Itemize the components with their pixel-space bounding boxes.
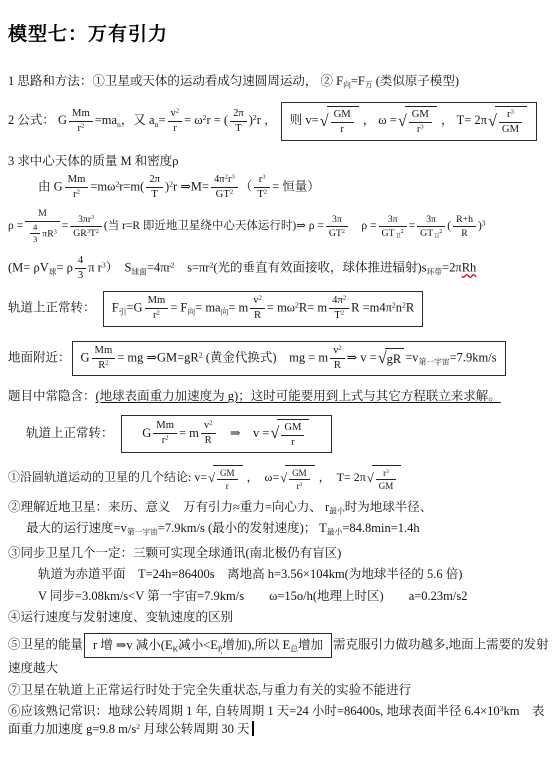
denominator: GM bbox=[376, 480, 397, 491]
denominator: r bbox=[281, 436, 304, 449]
line-mass-density-header: 3 求中心天体的质量 M 和密度ρ bbox=[8, 153, 552, 171]
radicand: GMr bbox=[327, 106, 359, 136]
fraction: GMr3 bbox=[289, 468, 310, 492]
superscript: 2 bbox=[169, 180, 173, 189]
numerator: R+h bbox=[453, 214, 476, 227]
square-root: √GMr bbox=[320, 106, 359, 136]
fraction: 3πGT2 bbox=[326, 214, 348, 239]
line-volume-area: (M= ρV球= ρ43π r3） S球面=4πr2 s=πr2(光的垂直有效面… bbox=[8, 255, 552, 282]
superscript: 2 bbox=[230, 189, 233, 196]
numerator: 3πr3 bbox=[70, 214, 102, 227]
numerator: Mm bbox=[92, 345, 116, 359]
denominator: r2 bbox=[69, 122, 93, 135]
superscript: 2 bbox=[171, 261, 175, 270]
line-density: ρ =M43πR3=3πr3GR3T2(当 r=R 即近地卫星绕中心天体运行时)… bbox=[8, 208, 552, 244]
fraction: MmR2 bbox=[92, 345, 116, 372]
superscript: 2 bbox=[338, 344, 341, 351]
numerator: v2 bbox=[330, 345, 345, 359]
superscript: 3 bbox=[386, 469, 389, 475]
numerator: GM bbox=[289, 468, 310, 480]
numerator: 4π2r3 bbox=[211, 174, 238, 188]
numerator: r3 bbox=[376, 468, 397, 480]
fraction: R+hR bbox=[453, 214, 476, 239]
subscript: 球 bbox=[49, 267, 57, 276]
page-title: 模型七：万有引力 bbox=[8, 22, 552, 49]
superscript: 2 bbox=[115, 180, 119, 189]
numerator: GM bbox=[409, 109, 432, 123]
superscript: 3 bbox=[511, 109, 514, 116]
fraction: v2R bbox=[250, 295, 265, 322]
superscript: 2 bbox=[136, 722, 140, 731]
underlined-text: (地球表面重力加速度为 g)；这时可能要用到上式与其它方程联立来求解。 bbox=[96, 389, 501, 403]
subscript: 环带 bbox=[427, 267, 443, 276]
superscript: 2 bbox=[259, 295, 262, 302]
fraction: GMr bbox=[331, 109, 354, 136]
fraction: Mmr2 bbox=[65, 174, 89, 201]
subscript: 第一宇宙 bbox=[127, 528, 158, 537]
superscript: 3 bbox=[300, 483, 303, 489]
spellcheck-wavy-underline: P bbox=[218, 638, 222, 652]
spellcheck-wavy-underline: Rh bbox=[462, 260, 477, 274]
denominator: T bbox=[146, 188, 163, 201]
numerator: GM bbox=[281, 422, 304, 436]
line-derive-mass: 由 GMmr2=mω2r=m(2πT)2r ⇒M=4π2r3GT2（r3T2= … bbox=[38, 174, 552, 201]
ground-formula-box: GMmR2= mg ⇒GM=gR2 (黄金代换式) mg = mv2R⇒ v =… bbox=[72, 341, 506, 376]
denominator: R bbox=[250, 309, 265, 322]
superscript: 2 bbox=[209, 261, 213, 270]
denominator: r3 bbox=[289, 480, 310, 491]
line-hidden-hint: 题目中常隐含：(地球表面重力加速度为 g)；这时可能要用到上式与其它方程联立来求… bbox=[8, 388, 552, 406]
subscript: 万 bbox=[365, 80, 373, 89]
denominator: R2 bbox=[92, 359, 116, 372]
denominator: GT2 bbox=[211, 188, 238, 201]
numerator: r3 bbox=[254, 174, 270, 188]
fraction: 4π2r3GT2 bbox=[211, 174, 238, 201]
subscript: P bbox=[218, 644, 222, 653]
superscript: 2 bbox=[439, 229, 442, 235]
radicand: GMr bbox=[213, 465, 243, 492]
superscript: 2 bbox=[165, 435, 168, 442]
numerator: 3π bbox=[326, 214, 348, 227]
radicand: GMr3 bbox=[285, 465, 315, 492]
superscript: 2 bbox=[392, 301, 396, 310]
superscript: 3 bbox=[102, 261, 106, 270]
radicand: r3GM bbox=[495, 106, 527, 136]
denominator: GT2 bbox=[326, 227, 348, 239]
superscript: 2 bbox=[96, 229, 99, 235]
orbit2-formula-box: GMmr2= mv2R ⇒ v =√GMr bbox=[121, 415, 332, 453]
superscript: 2 bbox=[341, 310, 344, 317]
square-root: √GMr bbox=[208, 465, 242, 492]
line-near-satellite-1: ②理解近地卫星：来历、意义 万有引力≈重力=向心力、 r最小时为地球半径、 bbox=[8, 499, 552, 517]
denominator: T bbox=[230, 122, 247, 135]
denominator: r bbox=[168, 122, 183, 135]
denominator: R bbox=[330, 359, 345, 372]
fraction: v2R bbox=[201, 420, 216, 447]
superscript: 3 bbox=[500, 704, 504, 713]
line-weightlessness: ⑦卫星在轨道上正常运行时处于完全失重状态,与重力有关的实验不能进行 bbox=[8, 682, 552, 700]
line-orbit-normal-2: 轨道上正常转： GMmr2= mv2R ⇒ v =√GMr bbox=[26, 413, 552, 455]
fraction: v2R bbox=[330, 345, 345, 372]
numerator: 2π bbox=[230, 108, 247, 122]
radicand: GMr bbox=[277, 419, 309, 449]
numerator: v2 bbox=[201, 420, 216, 434]
line-orbit-normal-1: 轨道上正常转： F引=GMmr2= F向= ma向= mv2R= mω2R= m… bbox=[8, 289, 552, 328]
radicand: GMr3 bbox=[405, 106, 437, 136]
superscript: 2 bbox=[209, 420, 212, 427]
fraction: r3GM bbox=[499, 109, 522, 136]
superscript: 3 bbox=[232, 174, 235, 181]
subscript: 向 bbox=[187, 308, 195, 317]
fraction: 4π2T2 bbox=[329, 295, 349, 322]
square-root: √r3GM bbox=[367, 465, 401, 492]
square-root: √GMr3 bbox=[398, 106, 437, 136]
denominator: GT卫2 bbox=[417, 227, 445, 239]
text-cursor bbox=[252, 721, 254, 736]
subscript: 卫 bbox=[395, 234, 401, 240]
denominator: T2 bbox=[329, 309, 349, 322]
superscript: 2 bbox=[157, 310, 160, 317]
denominator: r2 bbox=[145, 309, 169, 322]
numerator: Mm bbox=[69, 108, 93, 122]
radicand: gR bbox=[385, 348, 405, 369]
fraction: r3T2 bbox=[254, 174, 270, 201]
numerator: 4 bbox=[30, 223, 40, 235]
superscript: 3 bbox=[482, 220, 486, 228]
numerator: Mm bbox=[145, 295, 169, 309]
subscript: 向 bbox=[221, 308, 229, 317]
denominator: 3 bbox=[75, 269, 86, 282]
denominator: GT卫2 bbox=[379, 227, 407, 239]
fraction: 43 bbox=[75, 255, 86, 282]
denominator: r bbox=[331, 123, 354, 136]
denominator: GM bbox=[499, 123, 522, 136]
fraction: 3πr3GR3T2 bbox=[70, 214, 102, 239]
square-root: √r3GM bbox=[488, 106, 527, 136]
key-formula-box: 则 v=√GMr ， ω =√GMr3 ， T= 2π√r3GM bbox=[281, 102, 537, 140]
line-formula-set: 2 公式： GMmr2=man，又 an=v2r= ω2r = (2πT)2r … bbox=[8, 100, 552, 142]
square-root: √GMr bbox=[270, 419, 309, 449]
numerator: 4π2 bbox=[329, 295, 349, 309]
numerator: v2 bbox=[250, 295, 265, 309]
square-root: √gR bbox=[378, 347, 405, 370]
superscript: 2 bbox=[264, 189, 267, 196]
denominator: r2 bbox=[153, 434, 177, 447]
line-near-satellite-2: 最大的运行速度=v第一宇宙=7.9km/s (最小的发射速度)； T最小=84.… bbox=[26, 520, 552, 538]
subscript: n bbox=[155, 120, 159, 129]
denominator: r3 bbox=[409, 123, 432, 136]
subscript: 球面 bbox=[131, 267, 147, 276]
denominator: r2 bbox=[65, 188, 89, 201]
fraction: 2πT bbox=[146, 174, 163, 201]
superscript: 3 bbox=[262, 174, 265, 181]
superscript: 2 bbox=[342, 229, 345, 235]
superscript: 2 bbox=[343, 295, 346, 302]
fraction: 3πGT卫2 bbox=[417, 214, 445, 239]
numerator: 2π bbox=[146, 174, 163, 188]
fraction: GMr bbox=[217, 468, 238, 492]
fraction: GMr3 bbox=[409, 109, 432, 136]
superscript: 3 bbox=[54, 229, 57, 235]
numerator: GM bbox=[331, 109, 354, 123]
subscript: 最小 bbox=[327, 528, 343, 537]
fraction: GMr bbox=[281, 422, 304, 449]
superscript: 2 bbox=[199, 350, 203, 359]
denominator: 3 bbox=[30, 234, 40, 245]
fraction: 2πT bbox=[230, 108, 247, 135]
subscript: 第一宇宙 bbox=[419, 357, 450, 366]
line-near-ground: 地面附近：GMmR2= mg ⇒GM=gR2 (黄金代换式) mg = mv2R… bbox=[8, 339, 552, 378]
denominator: R bbox=[453, 227, 476, 239]
subscript: 总 bbox=[290, 644, 298, 653]
orbit-formula-box: F引=GMmr2= F向= ma向= mv2R= mω2R= m4π2T2R =… bbox=[103, 291, 423, 326]
superscript: 2 bbox=[401, 229, 404, 235]
line-sync-satellite-2: 轨道为赤道平面 T=24h=86400s 离地高 h=3.56×104km(为地… bbox=[38, 566, 552, 584]
line-sync-satellite-3: V 同步=3.08km/s<V 第一宇宙=7.9km/s ω=15o/h(地理上… bbox=[38, 588, 552, 606]
line-conclusion-1: ①沿圆轨道运动的卫星的几个结论: v=√GMr ， ω=√GMr3 ， T= 2… bbox=[8, 465, 552, 492]
superscript: 2 bbox=[176, 107, 179, 114]
superscript: 2 bbox=[81, 123, 84, 130]
subscript: 引 bbox=[119, 308, 127, 317]
fraction: 43 bbox=[30, 223, 40, 245]
superscript: 2 bbox=[253, 113, 257, 122]
superscript: 3 bbox=[420, 124, 423, 131]
line-speed-difference: ④运行速度与发射速度、变轨速度的区别 bbox=[8, 609, 552, 627]
numerator: 3π bbox=[417, 214, 445, 227]
denominator: T2 bbox=[254, 188, 270, 201]
superscript: 2 bbox=[225, 174, 228, 181]
radicand: r3GM bbox=[372, 465, 402, 492]
energy-box: r 增 ⇒v 减小(EK减小<EP增加),所以 E总增加 bbox=[84, 633, 332, 659]
superscript: 2 bbox=[295, 301, 299, 310]
denominator: GR3T2 bbox=[70, 227, 102, 239]
numerator: Mm bbox=[65, 174, 89, 188]
numerator: 3π bbox=[379, 214, 407, 227]
document-page: 模型七：万有引力 1 思路和方法：①卫星或天体的运动看成匀速圆周运动， ② F向… bbox=[0, 0, 558, 766]
numerator: v2 bbox=[168, 108, 183, 122]
numerator: GM bbox=[217, 468, 238, 480]
fraction: v2r bbox=[168, 108, 183, 135]
line-common-sense: ⑥应该熟记常识：地球公转周期 1 年, 自转周期 1 天=24 小时=86400… bbox=[8, 703, 552, 738]
line-approach: 1 思路和方法：①卫星或天体的运动看成匀速圆周运动， ② F向=F万 (类似原子… bbox=[8, 73, 552, 91]
denominator: R bbox=[201, 434, 216, 447]
numerator: Mm bbox=[153, 420, 177, 434]
fraction: Mmr2 bbox=[69, 108, 93, 135]
subscript: 向 bbox=[343, 80, 351, 89]
square-root: √GMr3 bbox=[280, 465, 314, 492]
numerator: r3 bbox=[499, 109, 522, 123]
denominator: 43πR3 bbox=[25, 222, 60, 245]
denominator: r bbox=[217, 480, 238, 491]
superscript: 3 bbox=[91, 215, 94, 221]
subscript: n bbox=[117, 120, 121, 129]
superscript: 2 bbox=[77, 189, 80, 196]
numerator: M bbox=[25, 208, 60, 221]
superscript: 3 bbox=[87, 229, 90, 235]
fraction: Mmr2 bbox=[153, 420, 177, 447]
subscript: K bbox=[173, 644, 179, 653]
subscript: 卫 bbox=[433, 234, 439, 240]
subscript: 最小 bbox=[329, 506, 345, 515]
numerator: 4 bbox=[75, 255, 86, 269]
fraction: r3GM bbox=[376, 468, 397, 492]
line-satellite-energy: ⑤卫星的能量r 增 ⇒v 减小(EK减小<EP增加),所以 E总增加需克服引力做… bbox=[8, 631, 552, 678]
superscript: 2 bbox=[402, 301, 406, 310]
line-sync-satellite-1: ③同步卫星几个一定：三颗可实现全球通讯(南北极仍有盲区) bbox=[8, 545, 552, 563]
superscript: 2 bbox=[105, 360, 108, 367]
superscript: 2 bbox=[203, 113, 207, 122]
fraction: 3πGT卫2 bbox=[379, 214, 407, 239]
fraction: M43πR3 bbox=[25, 208, 60, 244]
fraction: Mmr2 bbox=[145, 295, 169, 322]
